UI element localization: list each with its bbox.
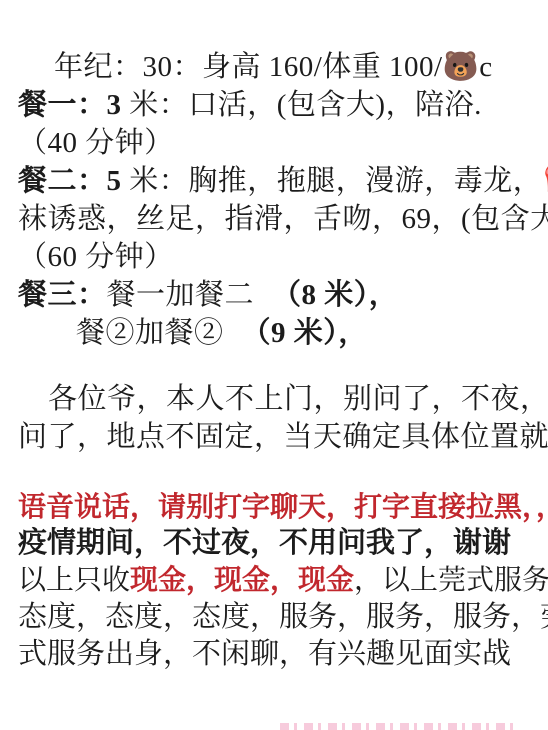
voice-warning-text: 语音说话，请别打字聊天，打字直接拉黑，， <box>18 491 548 522</box>
meal3-combo1: 餐一加餐二 <box>107 279 255 311</box>
meal2-duration-line: （60 分钟） <box>18 238 534 276</box>
meal2-line: 餐二：5 米：胸推，拖腿，漫游，毒龙，👠丝 <box>18 162 534 200</box>
meal2-desc-part1: 米：胸推，拖腿，漫游，毒龙，👠丝 <box>122 165 548 197</box>
cash-line: 以上只收现金，现金，现金，以上莞式服务， <box>18 562 534 599</box>
notice-text-2: 问了，地点不固定，当天确定具体位置就好 <box>18 421 548 453</box>
document-content: 年纪：30：身高 160/体重 100/🐻c 餐一：3 米：口活，(包含大)，陪… <box>18 48 534 673</box>
meal1-label: 餐一： <box>18 89 107 121</box>
meal2-duration: （60 分钟） <box>18 241 174 273</box>
cash-suffix: ，以上莞式服务， <box>354 565 548 596</box>
voice-warning-line: 语音说话，请别打字聊天，打字直接拉黑，， <box>18 488 534 525</box>
meal3-label: 餐三： <box>18 279 107 311</box>
cash-prefix: 以上只收 <box>18 565 130 596</box>
meal2-desc-part2: 袜诱惑，丝足，指滑，舌吻，69，(包含大) <box>18 203 548 235</box>
epidemic-text: 疫情期间，不过夜，不用问我了，谢谢 <box>18 527 511 559</box>
meal1-duration-line: （40 分钟） <box>18 124 534 162</box>
meal3-combo2-line: 餐②加餐②（9 米）， <box>18 314 534 352</box>
attitude-line: 态度，态度，态度，服务，服务，服务，莞 <box>18 599 534 636</box>
profile-text: 年纪：30：身高 160/体重 100/🐻c <box>54 51 493 83</box>
attitude-text: 态度，态度，态度，服务，服务，服务，莞 <box>18 601 548 633</box>
cash-emphasis: 现金，现金，现金 <box>130 565 354 596</box>
meal1-desc: 米：口活，(包含大)，陪浴. <box>122 89 482 121</box>
meal3-combo1-price: （8 米）， <box>272 279 398 311</box>
epidemic-line: 疫情期间，不过夜，不用问我了，谢谢 <box>18 525 534 562</box>
notice-text-1: 各位爷，本人不上门，别问了，不夜，别 <box>48 383 548 415</box>
section-gap-2 <box>18 456 534 488</box>
meal2-line-wrap: 袜诱惑，丝足，指滑，舌吻，69，(包含大) <box>18 200 534 238</box>
notice-line-2: 问了，地点不固定，当天确定具体位置就好 <box>18 418 534 456</box>
meal3-combo2: 餐②加餐② <box>76 317 224 349</box>
meal1-price: 3 <box>107 89 122 121</box>
meal3-line: 餐三：餐一加餐二（8 米）， <box>18 276 534 314</box>
closing-line: 式服务出身，不闲聊，有兴趣见面实战 <box>18 636 534 673</box>
document-page: 年纪：30：身高 160/体重 100/🐻c 餐一：3 米：口活，(包含大)，陪… <box>0 0 548 730</box>
meal1-duration: （40 分钟） <box>18 127 174 159</box>
meal1-line: 餐一：3 米：口活，(包含大)，陪浴. <box>18 86 534 124</box>
meal3-combo2-price: （9 米）， <box>242 317 368 349</box>
section-gap-1 <box>18 352 534 380</box>
closing-text: 式服务出身，不闲聊，有兴趣见面实战 <box>18 638 511 670</box>
meal2-label: 餐二： <box>18 165 107 197</box>
watermark-cutoff <box>280 723 520 730</box>
notice-line-1: 各位爷，本人不上门，别问了，不夜，别 <box>18 380 534 418</box>
meal2-price: 5 <box>107 165 122 197</box>
profile-line: 年纪：30：身高 160/体重 100/🐻c <box>18 48 534 86</box>
